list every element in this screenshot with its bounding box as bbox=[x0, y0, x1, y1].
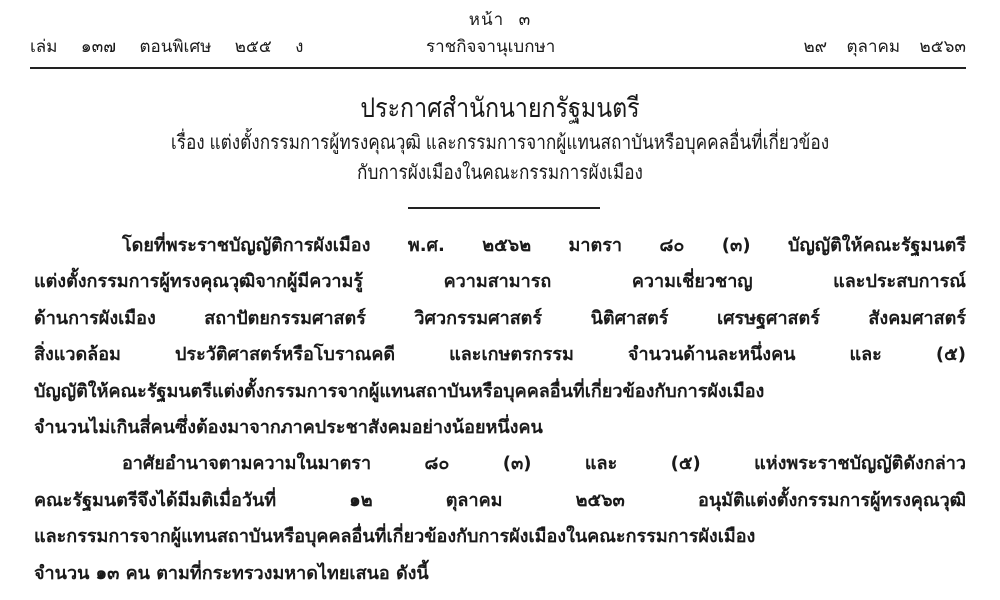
paragraph-line: สิ่งแวดล้อม ประวัติศาสตร์หรือโบราณคดี แล… bbox=[34, 337, 966, 373]
publication-date: ๒๙ ตุลาคม ๒๕๖๓ bbox=[789, 33, 966, 60]
publication-name: ราชกิจจานุเบกษา bbox=[426, 33, 555, 60]
volume-label: เล่ม bbox=[30, 37, 57, 57]
announcement-body: โดยที่พระราชบัญญัติการผังเมือง พ.ศ. ๒๕๖๒… bbox=[34, 228, 966, 592]
announcement-subject-line-1: เรื่อง แต่งตั้งกรรมการผู้ทรงคุณวุฒิ และก… bbox=[70, 128, 930, 158]
paragraph-2: อาศัยอำนาจตามความในมาตรา ๘๐ (๓) และ (๕) … bbox=[34, 446, 966, 592]
announcement-subject-line-2: กับการผังเมืองในคณะกรรมการผังเมือง bbox=[70, 158, 930, 188]
paragraph-line: ด้านการผังเมือง สถาปัตยกรรมศาสตร์ วิศวกร… bbox=[34, 301, 966, 337]
section-letter: ง bbox=[295, 37, 303, 57]
announcement-title-block: ประกาศสำนักนายกรัฐมนตรี เรื่อง แต่งตั้งก… bbox=[0, 88, 1000, 188]
date-month: ตุลาคม bbox=[847, 37, 901, 57]
announcement-title: ประกาศสำนักนายกรัฐมนตรี bbox=[70, 88, 930, 128]
gazette-issue-info: เล่ม ๑๓๗ ตอนพิเศษ ๒๕๕ ง bbox=[30, 33, 321, 60]
volume-number: ๑๓๗ bbox=[81, 37, 116, 57]
paragraph-line: อาศัยอำนาจตามความในมาตรา ๘๐ (๓) และ (๕) … bbox=[34, 446, 966, 482]
paragraph-line: จำนวนไม่เกินสี่คนซึ่งต้องมาจากภาคประชาสั… bbox=[34, 410, 966, 446]
section-number: ๒๕๕ bbox=[235, 37, 272, 57]
paragraph-line: และกรรมการจากผู้แทนสถาบันหรือบุคคลอื่นที… bbox=[34, 519, 966, 555]
paragraph-line: โดยที่พระราชบัญญัติการผังเมือง พ.ศ. ๒๕๖๒… bbox=[34, 228, 966, 264]
date-year: ๒๕๖๓ bbox=[920, 37, 966, 57]
gazette-header: เล่ม ๑๓๗ ตอนพิเศษ ๒๕๕ ง ราชกิจจานุเบกษา … bbox=[30, 33, 966, 63]
header-divider bbox=[30, 67, 966, 69]
section-label: ตอนพิเศษ bbox=[139, 37, 211, 57]
paragraph-1: โดยที่พระราชบัญญัติการผังเมือง พ.ศ. ๒๕๖๒… bbox=[34, 228, 966, 446]
title-divider bbox=[408, 207, 600, 209]
paragraph-line: บัญญัติให้คณะรัฐมนตรีแต่งตั้งกรรมการจากผ… bbox=[34, 374, 966, 410]
page-number: หน้า ๓ bbox=[0, 6, 1000, 33]
page-number-label: หน้า bbox=[469, 10, 504, 30]
paragraph-line: แต่งตั้งกรรมการผู้ทรงคุณวุฒิจากผู้มีความ… bbox=[34, 264, 966, 300]
paragraph-line: คณะรัฐมนตรีจึงได้มีมติเมื่อวันที่ ๑๒ ตุล… bbox=[34, 483, 966, 519]
page-number-value: ๓ bbox=[519, 10, 532, 30]
paragraph-line: จำนวน ๑๓ คน ตามที่กระทรวงมหาดไทยเสนอ ดัง… bbox=[34, 556, 966, 592]
date-day: ๒๙ bbox=[803, 37, 827, 57]
